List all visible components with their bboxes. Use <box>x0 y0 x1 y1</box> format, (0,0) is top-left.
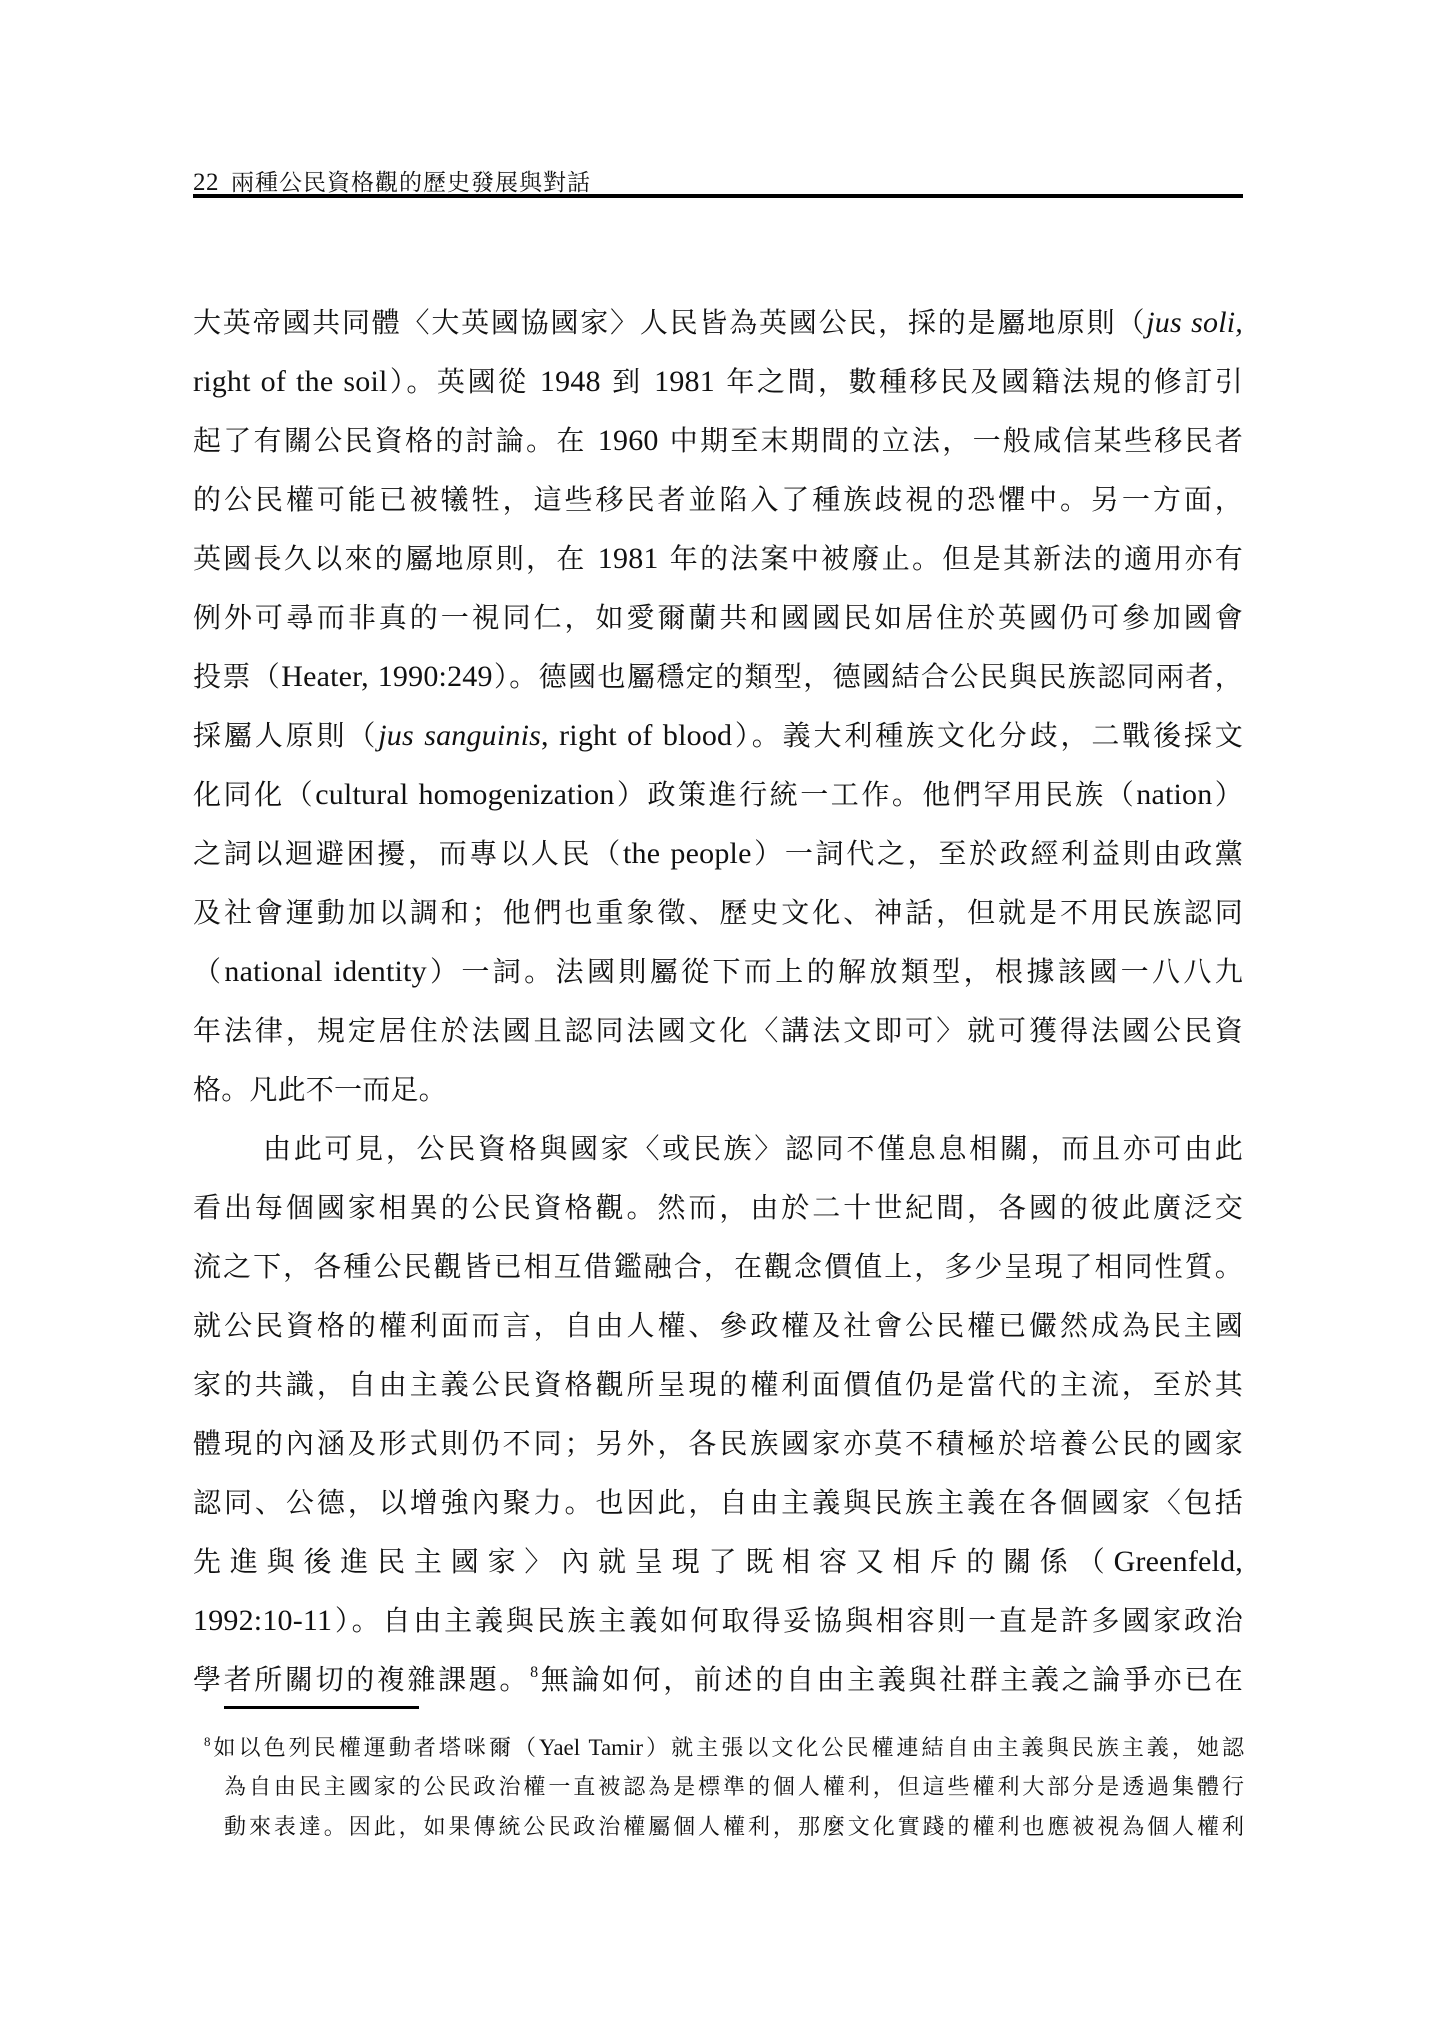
text-run: 的公民權可能已被犧牲，這些移民者並陷入了種族歧視的恐懼中。另一方面， <box>193 483 1243 516</box>
latin-run: the people <box>623 837 752 870</box>
body-line: 化同化（cultural homogenization）政策進行統一工作。他們罕… <box>193 765 1243 824</box>
text-run: ）。德國也屬穩定的類型，德國結合公民與民族認同兩者， <box>493 660 1243 693</box>
text-run: 大英帝國共同體〈大英國協國家〉人民皆為英國公民，採的是屬地原則（ <box>193 306 1146 339</box>
text-run: 中期至末期間的立法，一般咸信某些移民者 <box>659 424 1243 457</box>
text-run: 為自由民主國家的公民政治權一直被認為是標準的個人權利，但這些權利大部分是透過集體… <box>224 1775 1244 1800</box>
body-line: 體現的內涵及形式則仍不同；另外，各民族國家亦莫不積極於培養公民的國家 <box>193 1414 1243 1473</box>
latin-run: 1981 <box>654 365 715 398</box>
header-rule <box>193 194 1243 198</box>
text-run: ）。自由主義與民族主義如何取得妥協與相容則一直是許多國家政治 <box>332 1604 1243 1637</box>
text-run: 看出每個國家相異的公民資格觀。然而，由於二十世紀間，各國的彼此廣泛交 <box>193 1191 1243 1224</box>
text-run: 學者所關切的複雜課題。 <box>193 1663 530 1696</box>
footnote-line: 8如以色列民權運動者塔咪爾（Yael Tamir）就主張以文化公民權連結自由主義… <box>204 1728 1244 1768</box>
italic-term: jus soli, <box>1146 306 1243 339</box>
body-line: 認同、公德，以增強內聚力。也因此，自由主義與民族主義在各個國家〈包括 <box>193 1473 1243 1532</box>
text-run: 格。凡此不一而足。 <box>193 1073 447 1106</box>
text-run: 年的法案中被廢止。但是其新法的適用亦有 <box>659 542 1243 575</box>
text-run: ）就主張以文化公民權連結自由主義與民族主義，她認 <box>643 1736 1244 1761</box>
text-run: 年之間，數種移民及國籍法規的修訂引 <box>715 365 1243 398</box>
text-run: 由此可見，公民資格與國家〈或民族〉認同不僅息息相關，而且亦可由此 <box>263 1132 1243 1165</box>
text-run: 先進與後進民主國家〉內就呈現了既相容又相斥的關係（ <box>193 1545 1114 1578</box>
latin-run: right of the soil <box>193 365 388 398</box>
body-line: 採屬人原則（jus sanguinis, right of blood）。義大利… <box>193 706 1243 765</box>
body-line: 1992:10-11）。自由主義與民族主義如何取得妥協與相容則一直是許多國家政治 <box>193 1591 1243 1650</box>
body-line: 的公民權可能已被犧牲，這些移民者並陷入了種族歧視的恐懼中。另一方面， <box>193 470 1243 529</box>
text-run: ）一詞代之，至於政經利益則由政黨 <box>752 837 1243 870</box>
body-line: 由此可見，公民資格與國家〈或民族〉認同不僅息息相關，而且亦可由此 <box>193 1119 1243 1178</box>
body-line: （national identity）一詞。法國則屬從下而上的解放類型，根據該國… <box>193 942 1243 1001</box>
body-line: 先進與後進民主國家〉內就呈現了既相容又相斥的關係（Greenfeld, <box>193 1532 1243 1591</box>
text-run: ）。義大利種族文化分歧，二戰後採文 <box>732 719 1243 752</box>
latin-run: , right of blood <box>541 719 732 752</box>
latin-run: 1960 <box>598 424 659 457</box>
text-run: 起了有關公民資格的討論。在 <box>193 424 598 457</box>
body-line: 之詞以迴避困擾，而專以人民（the people）一詞代之，至於政經利益則由政黨 <box>193 824 1243 883</box>
document-page: 22 兩種公民資格觀的歷史發展與對話 大英帝國共同體〈大英國協國家〉人民皆為英國… <box>0 0 1434 2024</box>
body-line: 例外可尋而非真的一視同仁，如愛爾蘭共和國國民如居住於英國仍可參加國會 <box>193 588 1243 647</box>
text-run: 採屬人原則（ <box>193 719 378 752</box>
body-text: 大英帝國共同體〈大英國協國家〉人民皆為英國公民，採的是屬地原則（jus soli… <box>193 293 1243 1709</box>
text-run: ）政策進行統一工作。他們罕用民族（ <box>615 778 1137 811</box>
text-run: 到 <box>601 365 654 398</box>
body-line: 家的共識，自由主義公民資格觀所呈現的權利面價值仍是當代的主流，至於其 <box>193 1355 1243 1414</box>
body-line: 流之下，各種公民觀皆已相互借鑑融合，在觀念價值上，多少呈現了相同性質。 <box>193 1237 1243 1296</box>
body-line: 及社會運動加以調和；他們也重象徵、歷史文化、神話，但就是不用民族認同 <box>193 883 1243 942</box>
body-line: 投票（Heater, 1990:249）。德國也屬穩定的類型，德國結合公民與民族… <box>193 647 1243 706</box>
body-line: 起了有關公民資格的討論。在 1960 中期至末期間的立法，一般咸信某些移民者 <box>193 411 1243 470</box>
latin-run: national identity <box>224 955 426 988</box>
body-line: 年法律，規定居住於法國且認同法國文化〈講法文即可〉就可獲得法國公民資 <box>193 1001 1243 1060</box>
latin-run: nation <box>1136 778 1212 811</box>
body-line: 英國長久以來的屬地原則，在 1981 年的法案中被廢止。但是其新法的適用亦有 <box>193 529 1243 588</box>
text-run: ）一詞。法國則屬從下而上的解放類型，根據該國一八八九 <box>427 955 1243 988</box>
body-line: 學者所關切的複雜課題。8無論如何，前述的自由主義與社群主義之論爭亦已在 <box>193 1650 1243 1709</box>
italic-term: jus sanguinis <box>378 719 541 752</box>
text-run: ） <box>1212 778 1243 811</box>
body-line: 格。凡此不一而足。 <box>193 1060 1243 1119</box>
text-run: 英國長久以來的屬地原則，在 <box>193 542 598 575</box>
latin-run: Heater, 1990:249 <box>281 660 492 693</box>
latin-run: Yael Tamir <box>539 1735 643 1760</box>
footnote-line: 為自由民主國家的公民政治權一直被認為是標準的個人權利，但這些權利大部分是透過集體… <box>204 1768 1244 1808</box>
text-run: 之詞以迴避困擾，而專以人民（ <box>193 837 623 870</box>
footnote-line: 動來表達。因此，如果傳統公民政治權屬個人權利，那麼文化實踐的權利也應被視為個人權… <box>204 1808 1244 1848</box>
text-run: 流之下，各種公民觀皆已相互借鑑融合，在觀念價值上，多少呈現了相同性質。 <box>193 1250 1243 1283</box>
body-line: 看出每個國家相異的公民資格觀。然而，由於二十世紀間，各國的彼此廣泛交 <box>193 1178 1243 1237</box>
text-run: 例外可尋而非真的一視同仁，如愛爾蘭共和國國民如居住於英國仍可參加國會 <box>193 601 1243 634</box>
latin-run: cultural homogenization <box>315 778 614 811</box>
body-line: 大英帝國共同體〈大英國協國家〉人民皆為英國公民，採的是屬地原則（jus soli… <box>193 293 1243 352</box>
text-run: 投票（ <box>193 660 281 693</box>
text-run: ）。英國從 <box>388 365 540 398</box>
text-run: 認同、公德，以增強內聚力。也因此，自由主義與民族主義在各個國家〈包括 <box>193 1486 1243 1519</box>
text-run: 家的共識，自由主義公民資格觀所呈現的權利面價值仍是當代的主流，至於其 <box>193 1368 1243 1401</box>
latin-run: 1981 <box>598 542 659 575</box>
text-run: 年法律，規定居住於法國且認同法國文化〈講法文即可〉就可獲得法國公民資 <box>193 1014 1243 1047</box>
text-run: 無論如何，前述的自由主義與社群主義之論爭亦已在 <box>538 1663 1243 1696</box>
text-run: 化同化（ <box>193 778 315 811</box>
running-header: 22 兩種公民資格觀的歷史發展與對話 <box>193 158 1243 198</box>
latin-run: 1948 <box>540 365 601 398</box>
text-run: 體現的內涵及形式則仍不同；另外，各民族國家亦莫不積極於培養公民的國家 <box>193 1427 1243 1460</box>
body-line: 就公民資格的權利面而言，自由人權、參政權及社會公民權已儼然成為民主國 <box>193 1296 1243 1355</box>
text-run: 如以色列民權運動者塔咪爾（ <box>211 1736 540 1761</box>
text-run: 及社會運動加以調和；他們也重象徵、歷史文化、神話，但就是不用民族認同 <box>193 896 1243 929</box>
body-line: right of the soil）。英國從 1948 到 1981 年之間，數… <box>193 352 1243 411</box>
latin-run: Greenfeld, <box>1114 1545 1243 1578</box>
latin-run: 1992:10-11 <box>193 1604 332 1637</box>
text-run: 動來表達。因此，如果傳統公民政治權屬個人權利，那麼文化實踐的權利也應被視為個人權… <box>224 1815 1244 1840</box>
footnote-8: 8如以色列民權運動者塔咪爾（Yael Tamir）就主張以文化公民權連結自由主義… <box>204 1728 1244 1848</box>
text-run: 就公民資格的權利面而言，自由人權、參政權及社會公民權已儼然成為民主國 <box>193 1309 1243 1342</box>
text-run: （ <box>193 955 224 988</box>
footnote-separator-rule <box>224 1706 419 1709</box>
